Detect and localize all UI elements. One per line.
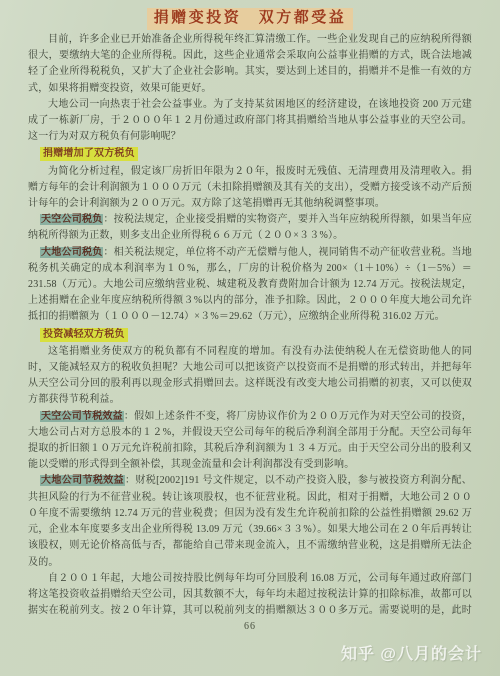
labeled-paragraph-text: ：相关税法规定，单位将不动产无偿赠与他人，视同销售不动产征收营业税。当地税务机关…	[28, 247, 472, 323]
body-paragraph: 这笔捐赠业务使双方的税负都有不同程度的增加。有没有办法使纳税人在无偿资助他人的同…	[28, 344, 472, 409]
labeled-paragraph: 天空公司税负：按税法规定，企业接受捐赠的实物资产，要并入当年应纳税所得额，如果当…	[28, 212, 472, 244]
body-paragraph: 大地公司一向热衷于社会公益事业。为了支持某贫困地区的经济建设，在该地投资 200…	[28, 97, 472, 146]
page-number: 66	[0, 621, 500, 632]
labeled-paragraph: 大地公司税负：相关税法规定，单位将不动产无偿赠与他人，视同销售不动产征收营业税。…	[28, 245, 472, 326]
term-label: 天空公司节税效益	[40, 411, 124, 422]
labeled-paragraph: 大地公司节税效益：财税[2002]191 号文件规定，以不动产投资入股，参与被投…	[28, 473, 472, 570]
term-label: 大地公司节税效益	[40, 475, 125, 486]
article-title-row: 捐赠变投资 双方都受益	[0, 8, 500, 30]
labeled-paragraph-text: ：财税[2002]191 号文件规定，以不动产投资入股，参与被投资方利润分配、共…	[28, 475, 472, 567]
body-paragraph: 自２００１年起，大地公司按持股比例每年均可分回股利 16.08 万元，公司每年通…	[28, 571, 472, 616]
section-subhead: 捐赠增加了双方税负	[40, 147, 138, 161]
section-subhead: 投资减轻双方税负	[40, 328, 128, 342]
article-title: 捐赠变投资 双方都受益	[147, 8, 354, 30]
article-body: 目前，许多企业已开始准备企业所得税年终汇算清缴工作。一些企业发现自己的应纳税所得…	[28, 32, 472, 616]
term-label: 天空公司税负	[40, 214, 103, 225]
labeled-paragraph: 天空公司节税效益：假如上述条件不变，将厂房协议作价为２００万元作为对天空公司的投…	[28, 409, 472, 474]
zhihu-watermark: 知乎 @八月的会计	[341, 641, 482, 664]
section-subhead-row: 投资减轻双方税负	[28, 327, 472, 343]
body-paragraph: 为简化分析过程，假定该厂房折旧年限为２０年，报废时无残值、无清理费用及清理收入。…	[28, 164, 472, 213]
document-page: 捐赠变投资 双方都受益 目前，许多企业已开始准备企业所得税年终汇算清缴工作。一些…	[0, 0, 500, 676]
body-paragraph: 目前，许多企业已开始准备企业所得税年终汇算清缴工作。一些企业发现自己的应纳税所得…	[28, 32, 472, 97]
section-subhead-row: 捐赠增加了双方税负	[28, 146, 472, 162]
term-label: 大地公司税负	[40, 247, 103, 258]
